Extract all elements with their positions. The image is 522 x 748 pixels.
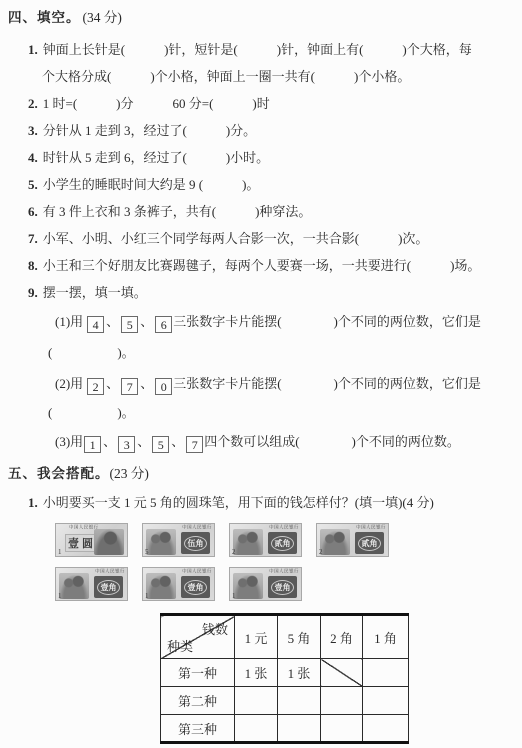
question-5-number: 5. bbox=[28, 177, 38, 192]
question-9: 9.摆一摆，填一填。 bbox=[8, 279, 516, 306]
digit-card: 7 bbox=[121, 378, 138, 395]
denomination-label: 壹角 bbox=[97, 580, 120, 595]
question-9-number: 9. bbox=[28, 285, 38, 300]
table-cell bbox=[363, 687, 409, 715]
question-9-sub-3: (3)用1、3、5、7四个数可以组成( )个不同的两位数。 bbox=[8, 427, 516, 457]
question-6: 6.有 3 件上衣和 3 条裤子，共有( )种穿法。 bbox=[8, 198, 516, 225]
banknote-1-jiao: 中国人民银行 壹角 1 bbox=[142, 567, 215, 601]
corner-label-kind: 种类 bbox=[167, 636, 193, 655]
sub-1-text: 三张数字卡片能摆( )个不同的两位数，它们是 bbox=[173, 314, 481, 329]
worksheet-page: 四、填空。(34 分) 1.钟面上长针是( )针，短针是( )针，钟面上有( )… bbox=[0, 0, 522, 748]
question-5: 5.小学生的睡眠时间大约是 9 ( )。 bbox=[8, 171, 516, 198]
table-row: 第一种 1 张 1 张 bbox=[161, 659, 409, 687]
table-cell: 1 张 bbox=[278, 659, 321, 687]
digit-separator: 、 bbox=[106, 376, 119, 391]
table-corner-cell: 钱数 种类 bbox=[161, 615, 235, 659]
column-header: 2 角 bbox=[321, 615, 363, 659]
section-4-title: 四、填空。 bbox=[8, 10, 81, 25]
section-5-title: 五、我会搭配。 bbox=[8, 466, 110, 481]
portrait-art bbox=[94, 529, 124, 555]
portrait-art bbox=[146, 529, 176, 555]
banknote-2-jiao: 中国人民银行 贰角 2 bbox=[229, 523, 302, 557]
denomination-panel: 壹角 bbox=[181, 576, 210, 598]
question-1-text-cont: 个大格分成( )个小格，钟面上一圈一共有( )个小格。 bbox=[42, 69, 410, 84]
denomination-label: 贰角 bbox=[271, 536, 294, 551]
question-9-sub-2: (2)用2、7、0三张数字卡片能摆( )个不同的两位数，它们是 bbox=[8, 368, 516, 399]
question-9-text: 摆一摆，填一填。 bbox=[43, 285, 147, 300]
column-header: 1 元 bbox=[235, 615, 278, 659]
table-cell-slashed bbox=[321, 659, 363, 687]
column-header: 5 角 bbox=[278, 615, 321, 659]
denomination-panel: 贰角 bbox=[268, 532, 297, 554]
question-9-sub-1-answer-blank: ( )。 bbox=[8, 337, 516, 368]
question-1-text: 钟面上长针是( )针，短针是( )针，钟面上有( )个大格，每 bbox=[43, 42, 472, 57]
row-label: 第三种 bbox=[161, 715, 235, 743]
answer-blank: ( )。 bbox=[48, 345, 135, 360]
question-1-line-2: 个大格分成( )个小格，钟面上一圈一共有( )个小格。 bbox=[8, 63, 516, 90]
denomination-numeral: 2 bbox=[232, 548, 236, 556]
denomination-label: 贰角 bbox=[358, 536, 381, 551]
digit-card: 3 bbox=[118, 436, 135, 453]
digit-card: 1 bbox=[84, 436, 101, 453]
question-7-number: 7. bbox=[28, 231, 38, 246]
question-8-text: 小王和三个好朋友比赛踢毽子，每两个人要赛一场，一共要进行( )场。 bbox=[43, 258, 481, 273]
banknote-1-yuan: 中国人民银行 壹圆 1 bbox=[55, 523, 128, 557]
portrait-art bbox=[59, 573, 89, 599]
bank-name-text: 中国人民银行 bbox=[269, 568, 299, 574]
table-row: 第三种 bbox=[161, 715, 409, 743]
question-9-sub-1: (1)用4、5、6三张数字卡片能摆( )个不同的两位数，它们是 bbox=[8, 306, 516, 337]
table-cell bbox=[363, 715, 409, 743]
section-4-heading: 四、填空。(34 分) bbox=[8, 8, 516, 36]
portrait-art bbox=[233, 573, 263, 599]
denomination-label: 壹角 bbox=[271, 580, 294, 595]
denomination-numeral: 1 bbox=[145, 592, 149, 600]
digit-card: 7 bbox=[186, 436, 203, 453]
question-3: 3.分针从 1 走到 3，经过了( )分。 bbox=[8, 117, 516, 144]
table-cell bbox=[321, 687, 363, 715]
table-cell: 1 张 bbox=[235, 659, 278, 687]
digit-separator: 、 bbox=[103, 434, 116, 449]
digit-card: 5 bbox=[152, 436, 169, 453]
banknote-1-jiao: 中国人民银行 壹角 1 bbox=[229, 567, 302, 601]
table-cell bbox=[278, 687, 321, 715]
banknote-1-jiao: 中国人民银行 壹角 1 bbox=[55, 567, 128, 601]
row-label: 第二种 bbox=[161, 687, 235, 715]
banknotes-row-2: 中国人民银行 壹角 1 中国人民银行 壹角 1 中国人民银行 壹角 1 bbox=[55, 567, 516, 601]
bank-name-text: 中国人民银行 bbox=[356, 524, 386, 530]
question-4: 4.时针从 5 走到 6，经过了( )小时。 bbox=[8, 144, 516, 171]
sub-3-label: (3)用 bbox=[55, 434, 83, 449]
digit-card: 0 bbox=[155, 378, 172, 395]
table-header-row: 钱数 种类 1 元 5 角 2 角 1 角 bbox=[161, 615, 409, 659]
question-1-line-1: 1.钟面上长针是( )针，短针是( )针，钟面上有( )个大格，每 bbox=[8, 36, 516, 63]
table-cell bbox=[363, 659, 409, 687]
denomination-label: 壹角 bbox=[184, 580, 207, 595]
sub-1-label: (1)用 bbox=[55, 314, 83, 329]
question-4-text: 时针从 5 走到 6，经过了( )小时。 bbox=[43, 150, 269, 165]
denomination-label: 伍角 bbox=[184, 536, 207, 551]
s5-q1-number: 1. bbox=[28, 495, 38, 510]
s5-q1-text: 小明要买一支 1 元 5 角的圆珠笔，用下面的钱怎样付？(填一填)(4 分) bbox=[43, 495, 434, 510]
denomination-numeral: 1 bbox=[58, 548, 62, 556]
question-7-text: 小军、小明、小红三个同学每两人合影一次，一共合影( )次。 bbox=[43, 231, 429, 246]
question-2-text: 1 时=( )分 60 分=( )时 bbox=[43, 96, 270, 111]
table-cell bbox=[278, 715, 321, 743]
portrait-art bbox=[146, 573, 176, 599]
corner-label-amount: 钱数 bbox=[202, 619, 228, 638]
banknote-2-jiao: 中国人民银行 贰角 2 bbox=[316, 523, 389, 557]
question-3-number: 3. bbox=[28, 123, 38, 138]
bank-name-text: 中国人民银行 bbox=[95, 568, 125, 574]
column-header: 1 角 bbox=[363, 615, 409, 659]
question-7: 7.小军、小明、小红三个同学每两人合影一次，一共合影( )次。 bbox=[8, 225, 516, 252]
question-6-text: 有 3 件上衣和 3 条裤子，共有( )种穿法。 bbox=[43, 204, 312, 219]
table-cell bbox=[321, 715, 363, 743]
sub-2-label: (2)用 bbox=[55, 376, 83, 391]
question-4-number: 4. bbox=[28, 150, 38, 165]
question-2: 2.1 时=( )分 60 分=( )时 bbox=[8, 90, 516, 117]
section-5-score: (23 分) bbox=[110, 466, 149, 481]
portrait-art bbox=[233, 529, 263, 555]
question-8: 8.小王和三个好朋友比赛踢毽子，每两个人要赛一场，一共要进行( )场。 bbox=[8, 252, 516, 279]
denomination-panel: 壹角 bbox=[94, 576, 123, 598]
denomination-numeral: 2 bbox=[319, 548, 323, 556]
bank-name-text: 中国人民银行 bbox=[182, 568, 212, 574]
question-3-text: 分针从 1 走到 3，经过了( )分。 bbox=[43, 123, 256, 138]
table-row: 第二种 bbox=[161, 687, 409, 715]
denomination-panel: 壹角 bbox=[268, 576, 297, 598]
question-2-number: 2. bbox=[28, 96, 38, 111]
digit-separator: 、 bbox=[171, 434, 184, 449]
digit-separator: 、 bbox=[106, 314, 119, 329]
digit-card: 4 bbox=[87, 316, 104, 333]
question-5-text: 小学生的睡眠时间大约是 9 ( )。 bbox=[43, 177, 260, 192]
section-4-score: (34 分) bbox=[83, 10, 122, 25]
digit-card: 2 bbox=[87, 378, 104, 395]
row-label: 第一种 bbox=[161, 659, 235, 687]
digit-card: 5 bbox=[121, 316, 138, 333]
question-1-number: 1. bbox=[28, 42, 38, 57]
portrait-art bbox=[320, 529, 350, 555]
question-8-number: 8. bbox=[28, 258, 38, 273]
digit-separator: 、 bbox=[140, 314, 153, 329]
banknote-5-jiao: 中国人民银行 伍角 5 bbox=[142, 523, 215, 557]
denomination-numeral: 1 bbox=[58, 592, 62, 600]
bank-name-text: 中国人民银行 bbox=[269, 524, 299, 530]
sub-2-text: 三张数字卡片能摆( )个不同的两位数，它们是 bbox=[173, 376, 481, 391]
banknotes-row-1: 中国人民银行 壹圆 1 中国人民银行 伍角 5 中国人民银行 贰角 2 中国人民… bbox=[55, 523, 516, 557]
section-5-heading: 五、我会搭配。(23 分) bbox=[8, 457, 516, 487]
denomination-panel: 贰角 bbox=[355, 532, 384, 554]
payment-table: 钱数 种类 1 元 5 角 2 角 1 角 第一种 1 张 1 张 第二种 第三… bbox=[160, 613, 409, 744]
denomination-numeral: 1 bbox=[232, 592, 236, 600]
question-6-number: 6. bbox=[28, 204, 38, 219]
table-cell bbox=[235, 715, 278, 743]
denomination-panel: 伍角 bbox=[181, 532, 210, 554]
answer-blank: ( )。 bbox=[48, 405, 135, 420]
sub-3-text: 四个数可以组成( )个不同的两位数。 bbox=[204, 434, 460, 449]
digit-separator: 、 bbox=[140, 376, 153, 391]
denomination-numeral: 5 bbox=[145, 548, 149, 556]
table-cell bbox=[235, 687, 278, 715]
digit-card: 6 bbox=[155, 316, 172, 333]
digit-separator: 、 bbox=[137, 434, 150, 449]
question-9-sub-2-answer-blank: ( )。 bbox=[8, 399, 516, 427]
section-5-question-1: 1.小明要买一支 1 元 5 角的圆珠笔，用下面的钱怎样付？(填一填)(4 分) bbox=[8, 487, 516, 517]
bank-name-text: 中国人民银行 bbox=[182, 524, 212, 530]
